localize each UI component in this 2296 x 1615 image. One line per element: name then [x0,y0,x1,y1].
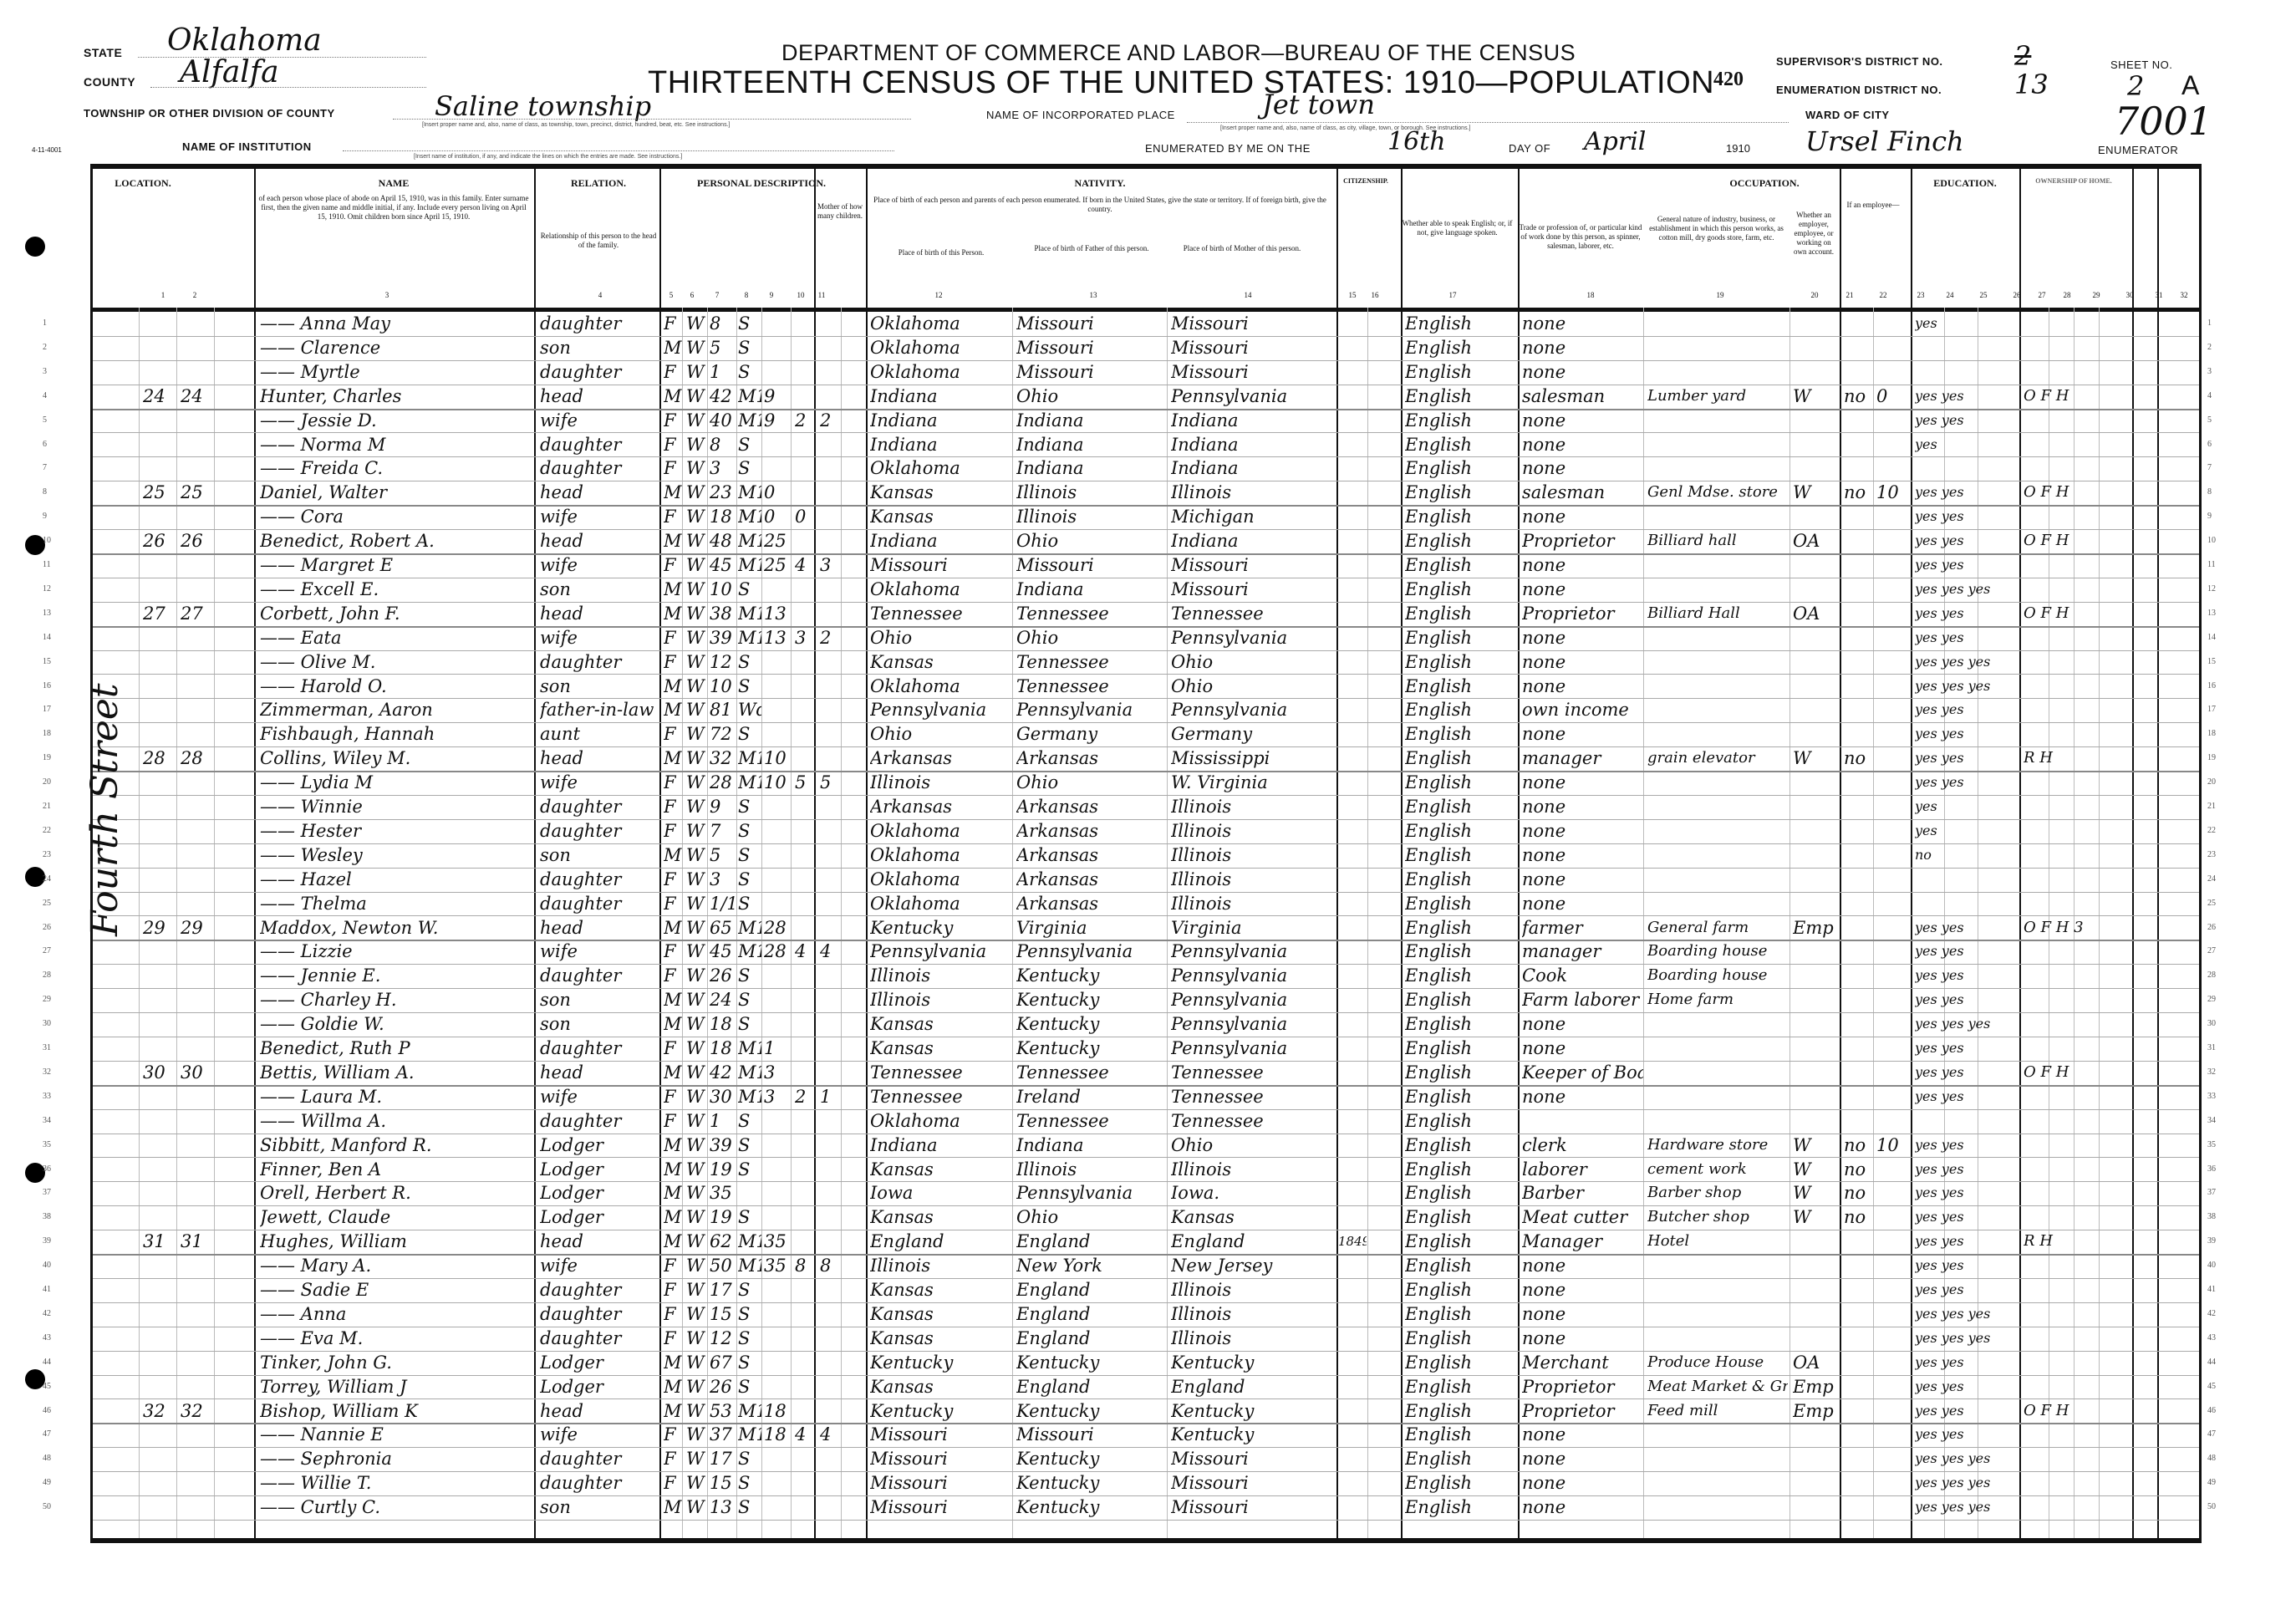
age: 45 [710,941,736,961]
line-number-left: 15 [43,657,51,666]
age: 19 [710,1207,736,1227]
language-header: Whether able to speak English; or, if no… [1401,219,1514,237]
sex: F [664,1473,682,1493]
person-name: —— Sadie E [260,1280,532,1300]
language: English [1405,1256,1515,1276]
line-number-left: 1 [43,318,47,328]
table-row: —— Willie T. daughter F W 15 S Missouri … [93,1471,2199,1496]
race: W [686,1135,706,1155]
trade: Manager [1522,1231,1643,1251]
mother-birthplace: Pennsylvania [1171,965,1335,986]
line-number-left: 13 [43,609,51,618]
age: 81 [710,700,736,720]
education: yes yes [1915,1377,2019,1397]
father-birthplace: Indiana [1016,1135,1165,1155]
table-row: Orell, Herbert R. Lodger M W 35 Iowa Pen… [93,1181,2199,1206]
line-number: 21 [2207,802,2216,811]
birthplace: Illinois [870,990,1011,1010]
race: W [686,1449,706,1469]
family-number: 31 [181,1231,212,1251]
education: yes yes [1915,1231,2019,1251]
out-of-work: no [1844,1207,1872,1227]
age: 18 [710,507,736,527]
out-of-work: no [1844,1135,1872,1155]
education: yes yes [1915,555,2019,575]
sex: F [664,1328,682,1348]
sex: M [664,338,682,358]
line-number: 2 [2207,343,2212,352]
birthplace: Kansas [870,652,1011,672]
age: 28 [710,772,736,792]
person-name: —— Eata [260,628,532,648]
line-number-left: 43 [43,1333,51,1342]
mother-birthplace: Indiana [1171,531,1335,551]
line-number-left: 40 [43,1261,51,1270]
race: W [686,458,706,478]
mother-birthplace: Pennsylvania [1171,700,1335,720]
line-number-left: 6 [43,440,47,449]
sex: F [664,362,682,382]
years-married: 1 [764,1038,791,1058]
education: yes yes yes [1915,652,2019,672]
line-number-left: 24 [43,874,51,884]
table-row: —— Laura M. wife F W 30 M1 3 2 1 Tenness… [93,1085,2199,1110]
sex: M [664,990,682,1010]
mother-birthplace: Missouri [1171,1497,1335,1517]
mother-birthplace: Michigan [1171,507,1335,527]
industry: Home farm [1647,990,1788,1010]
language: English [1405,386,1515,406]
line-number: 6 [2207,440,2212,449]
marital-status: S [738,435,761,455]
trade: Meat cutter [1522,1207,1643,1227]
line-number-left: 9 [43,512,47,521]
father-birthplace: Tennessee [1016,1111,1165,1131]
line-number: 23 [2207,850,2216,859]
age: 42 [710,1062,736,1083]
trade: none [1522,724,1643,744]
trade: salesman [1522,482,1643,502]
education: yes yes [1915,1207,2019,1227]
birthplace: Kansas [870,1159,1011,1179]
line-number-left: 50 [43,1502,51,1511]
sex: M [664,845,682,865]
line-number-left: 34 [43,1116,51,1125]
line-number: 14 [2207,633,2216,642]
table-row: —— Anna May daughter F W 8 S Oklahoma Mi… [93,312,2199,337]
age: 17 [710,1449,736,1469]
mother-birthplace: Illinois [1171,1328,1335,1348]
mother-birthplace: Missouri [1171,313,1335,334]
age: 35 [710,1183,736,1203]
language: English [1405,845,1515,865]
dwelling-number: 32 [143,1401,175,1421]
age: 30 [710,1087,736,1107]
race: W [686,507,706,527]
language: English [1405,700,1515,720]
education: yes yes [1915,410,2019,430]
father-birthplace: Ohio [1016,531,1165,551]
sex: M [664,1401,682,1421]
sex: M [664,748,682,768]
age: 7 [710,821,736,841]
employer-status: Emp [1793,1401,1838,1421]
relation: daughter [540,652,657,672]
line-number: 4 [2207,391,2212,400]
age: 26 [710,965,736,986]
language: English [1405,748,1515,768]
education: yes yes yes [1915,1497,2019,1517]
industry: Hardware store [1647,1135,1788,1155]
age: 38 [710,604,736,624]
relation: wife [540,555,657,575]
race: W [686,700,706,720]
line-number-left: 45 [43,1382,51,1391]
age: 39 [710,628,736,648]
sex: F [664,724,682,744]
language: English [1405,1207,1515,1227]
birthplace: Indiana [870,435,1011,455]
mother-birthplace: Illinois [1171,869,1335,889]
language: English [1405,1449,1515,1469]
dwelling-number: 29 [143,918,175,938]
mother-birthplace: Pennsylvania [1171,386,1335,406]
father-birthplace: Pennsylvania [1016,1183,1165,1203]
township-note: [Insert proper name and, also, name of c… [422,122,730,128]
birthplace: Oklahoma [870,869,1011,889]
trade: none [1522,1424,1643,1444]
relation: son [540,579,657,599]
sex: F [664,458,682,478]
person-name: —— Excell E. [260,579,532,599]
age: 18 [710,1014,736,1034]
census-table: LOCATION. NAME of each person whose plac… [90,164,2202,1543]
line-number-left: 47 [43,1429,51,1439]
age: 12 [710,1328,736,1348]
line-number: 3 [2207,367,2212,376]
home-ownership: O F H [2024,482,2131,502]
sex: F [664,555,682,575]
relation-description: Relationship of this person to the head … [540,232,657,250]
marital-status: S [738,579,761,599]
father-birthplace: Indiana [1016,435,1165,455]
supervisor-district-value: 2 [2014,40,2031,72]
birth-mother-header: Place of birth of Mother of this person. [1171,244,1313,253]
trade: none [1522,772,1643,792]
person-name: —— Willie T. [260,1473,532,1493]
line-number: 34 [2207,1116,2216,1125]
father-birthplace: Indiana [1016,458,1165,478]
race: W [686,724,706,744]
birthplace: Illinois [870,965,1011,986]
children-living: 3 [820,555,840,575]
sex: M [664,1062,682,1083]
language: English [1405,507,1515,527]
children-born: 2 [795,1087,815,1107]
person-name: Hughes, William [260,1231,532,1251]
relation: wife [540,941,657,961]
mother-birthplace: New Jersey [1171,1256,1335,1276]
home-ownership: O F H [2024,604,2131,624]
relation: aunt [540,724,657,744]
sex: M [664,1014,682,1034]
trade: salesman [1522,386,1643,406]
line-number-left: 17 [43,705,51,714]
father-birthplace: Germany [1016,724,1165,744]
trade: none [1522,628,1643,648]
education: yes yes yes [1915,1014,2019,1034]
relation: Lodger [540,1377,657,1397]
line-number: 44 [2207,1358,2216,1367]
line-number: 45 [2207,1382,2216,1391]
home-ownership: O F H [2024,531,2131,551]
enumerator-name: Ursel Finch [1805,125,1964,157]
language: English [1405,1111,1515,1131]
industry: Produce House [1647,1353,1788,1373]
weeks-out: 0 [1876,386,1910,406]
birthplace: Oklahoma [870,821,1011,841]
birthplace: Kentucky [870,1353,1011,1373]
relation: daughter [540,1449,657,1469]
trade: none [1522,1256,1643,1276]
relation: daughter [540,894,657,914]
education: yes yes yes [1915,1449,2019,1469]
home-ownership: R H [2024,748,2131,768]
trade: farmer [1522,918,1643,938]
employer-status: OA [1793,604,1838,624]
age: 10 [710,579,736,599]
line-number-left: 21 [43,802,51,811]
father-birthplace: Kentucky [1016,990,1165,1010]
mother-birthplace: Ohio [1171,1135,1335,1155]
industry: Billiard hall [1647,531,1788,551]
language: English [1405,313,1515,334]
language: English [1405,1424,1515,1444]
sex: F [664,1424,682,1444]
relation: daughter [540,1328,657,1348]
father-birthplace: Kentucky [1016,1449,1165,1469]
table-row: —— Hazel daughter F W 3 S Oklahoma Arkan… [93,868,2199,893]
relation: daughter [540,965,657,986]
mother-birthplace: England [1171,1377,1335,1397]
language: English [1405,894,1515,914]
sex: F [664,628,682,648]
trade: none [1522,845,1643,865]
education: yes yes [1915,965,2019,986]
education: yes yes yes [1915,579,2019,599]
father-birthplace: Virginia [1016,918,1165,938]
department-line: DEPARTMENT OF COMMERCE AND LABOR—BUREAU … [781,40,1576,66]
marital-status: M1 [738,918,761,938]
enumerated-label: Enumerated by me on the [1145,142,1311,155]
race: W [686,604,706,624]
father-birthplace: Kentucky [1016,1038,1165,1058]
age: 5 [710,845,736,865]
sex: F [664,435,682,455]
marital-status: M1 [738,941,761,961]
race: W [686,1159,706,1179]
trade: none [1522,1087,1643,1107]
trade: Keeper of Boarding Hotel [1522,1062,1643,1083]
race: W [686,1353,706,1373]
birthplace: Kansas [870,1207,1011,1227]
trade: none [1522,894,1643,914]
sex: F [664,1087,682,1107]
if-employee-header: If an employee— [1840,201,1907,210]
language: English [1405,652,1515,672]
race: W [686,1207,706,1227]
years-married: 10 [764,748,791,768]
street-name-margin: Fourth Street [84,683,126,936]
line-number: 1 [2207,318,2212,328]
relation: daughter [540,458,657,478]
sheet-side: A [2181,70,2199,101]
table-row: —— Eva M. daughter F W 12 S Kansas Engla… [93,1327,2199,1352]
person-name: —— Lydia M [260,772,532,792]
trade: none [1522,1304,1643,1324]
line-number: 40 [2207,1261,2216,1270]
table-row: 32 32 Bishop, William K head M W 53 M1 1… [93,1399,2199,1425]
marital-status: M1 [738,604,761,624]
mother-birthplace: Missouri [1171,555,1335,575]
education: yes yes yes [1915,1473,2019,1493]
age: 10 [710,676,736,696]
race: W [686,579,706,599]
race: W [686,652,706,672]
line-number: 12 [2207,584,2216,594]
education: yes yes [1915,990,2019,1010]
age: 53 [710,1401,736,1421]
father-birthplace: Arkansas [1016,797,1165,817]
person-name: —— Goldie W. [260,1014,532,1034]
birthplace: Tennessee [870,1087,1011,1107]
home-ownership: O F H 3 [2024,918,2131,938]
line-number-left: 48 [43,1454,51,1463]
race: W [686,1401,706,1421]
race: W [686,1377,706,1397]
age: 15 [710,1304,736,1324]
trade: none [1522,652,1643,672]
years-married: 13 [764,628,791,648]
language: English [1405,579,1515,599]
relation: wife [540,1256,657,1276]
language: English [1405,797,1515,817]
mother-birthplace: Missouri [1171,1473,1335,1493]
relation: son [540,1497,657,1517]
group-relation: RELATION. [536,177,661,190]
dwelling-number: 26 [143,531,175,551]
sex: M [664,386,682,406]
children-born: 5 [795,772,815,792]
education: yes yes [1915,1135,2019,1155]
person-name: —— Hester [260,821,532,841]
birthplace: Missouri [870,1424,1011,1444]
person-name: —— Freida C. [260,458,532,478]
age: 23 [710,482,736,502]
enumeration-district-label: Enumeration District No. [1776,84,1942,96]
age: 18 [710,1038,736,1058]
marital-status: M1 [738,555,761,575]
language: English [1405,628,1515,648]
relation: wife [540,772,657,792]
ward-label: Ward of city [1805,109,1890,121]
education: yes yes [1915,918,2019,938]
person-name: —— Curtly C. [260,1497,532,1517]
father-birthplace: Indiana [1016,410,1165,430]
sex: F [664,894,682,914]
line-number-left: 31 [43,1043,51,1052]
industry: Lumber yard [1647,386,1788,406]
relation: daughter [540,821,657,841]
mother-birthplace: Illinois [1171,797,1335,817]
father-birthplace: Arkansas [1016,869,1165,889]
mother-birthplace: Pennsylvania [1171,1014,1335,1034]
marital-status: S [738,1497,761,1517]
marital-status: M1 [738,628,761,648]
education: yes yes [1915,507,2019,527]
trade: none [1522,676,1643,696]
person-name: —— Eva M. [260,1328,532,1348]
family-number: 32 [181,1401,212,1421]
employer-status: W [1793,1207,1838,1227]
age: 17 [710,1280,736,1300]
trade: laborer [1522,1159,1643,1179]
mother-birthplace: Missouri [1171,579,1335,599]
line-number: 47 [2207,1429,2216,1439]
education: yes yes [1915,941,2019,961]
father-birthplace: Illinois [1016,1159,1165,1179]
education: yes yes [1915,531,2019,551]
trade: none [1522,1014,1643,1034]
line-number-left: 28 [43,971,51,980]
person-name: Maddox, Newton W. [260,918,532,938]
marital-status: S [738,1280,761,1300]
age: 72 [710,724,736,744]
education: yes yes [1915,1183,2019,1203]
birthplace: Tennessee [870,1062,1011,1083]
line-number: 11 [2207,560,2216,569]
trade: none [1522,1280,1643,1300]
group-nativity: NATIVITY. [866,177,1334,190]
table-row: —— Lizzie wife F W 45 M1 28 4 4 Pennsylv… [93,940,2199,965]
race: W [686,482,706,502]
sheet-label: Sheet No. [2110,59,2172,71]
form-code: 4-11-4001 [32,146,62,154]
person-name: —— Jennie E. [260,965,532,986]
birthplace: Oklahoma [870,845,1011,865]
language: English [1405,918,1515,938]
relation: head [540,918,657,938]
father-birthplace: England [1016,1280,1165,1300]
industry-header: General nature of industry, business, or… [1647,215,1785,242]
trade: none [1522,1038,1643,1058]
employer-header: Whether an employer, employee, or workin… [1789,211,1838,257]
education: yes yes [1915,1424,2019,1444]
relation: daughter [540,1038,657,1058]
mother-birthplace: Tennessee [1171,604,1335,624]
father-birthplace: England [1016,1328,1165,1348]
language: English [1405,362,1515,382]
sex: M [664,1377,682,1397]
person-name: —— Myrtle [260,362,532,382]
birthplace: Ohio [870,724,1011,744]
trade: none [1522,1328,1643,1348]
trade: none [1522,869,1643,889]
sex: M [664,700,682,720]
out-of-work: no [1844,1183,1872,1203]
race: W [686,386,706,406]
language: English [1405,724,1515,744]
